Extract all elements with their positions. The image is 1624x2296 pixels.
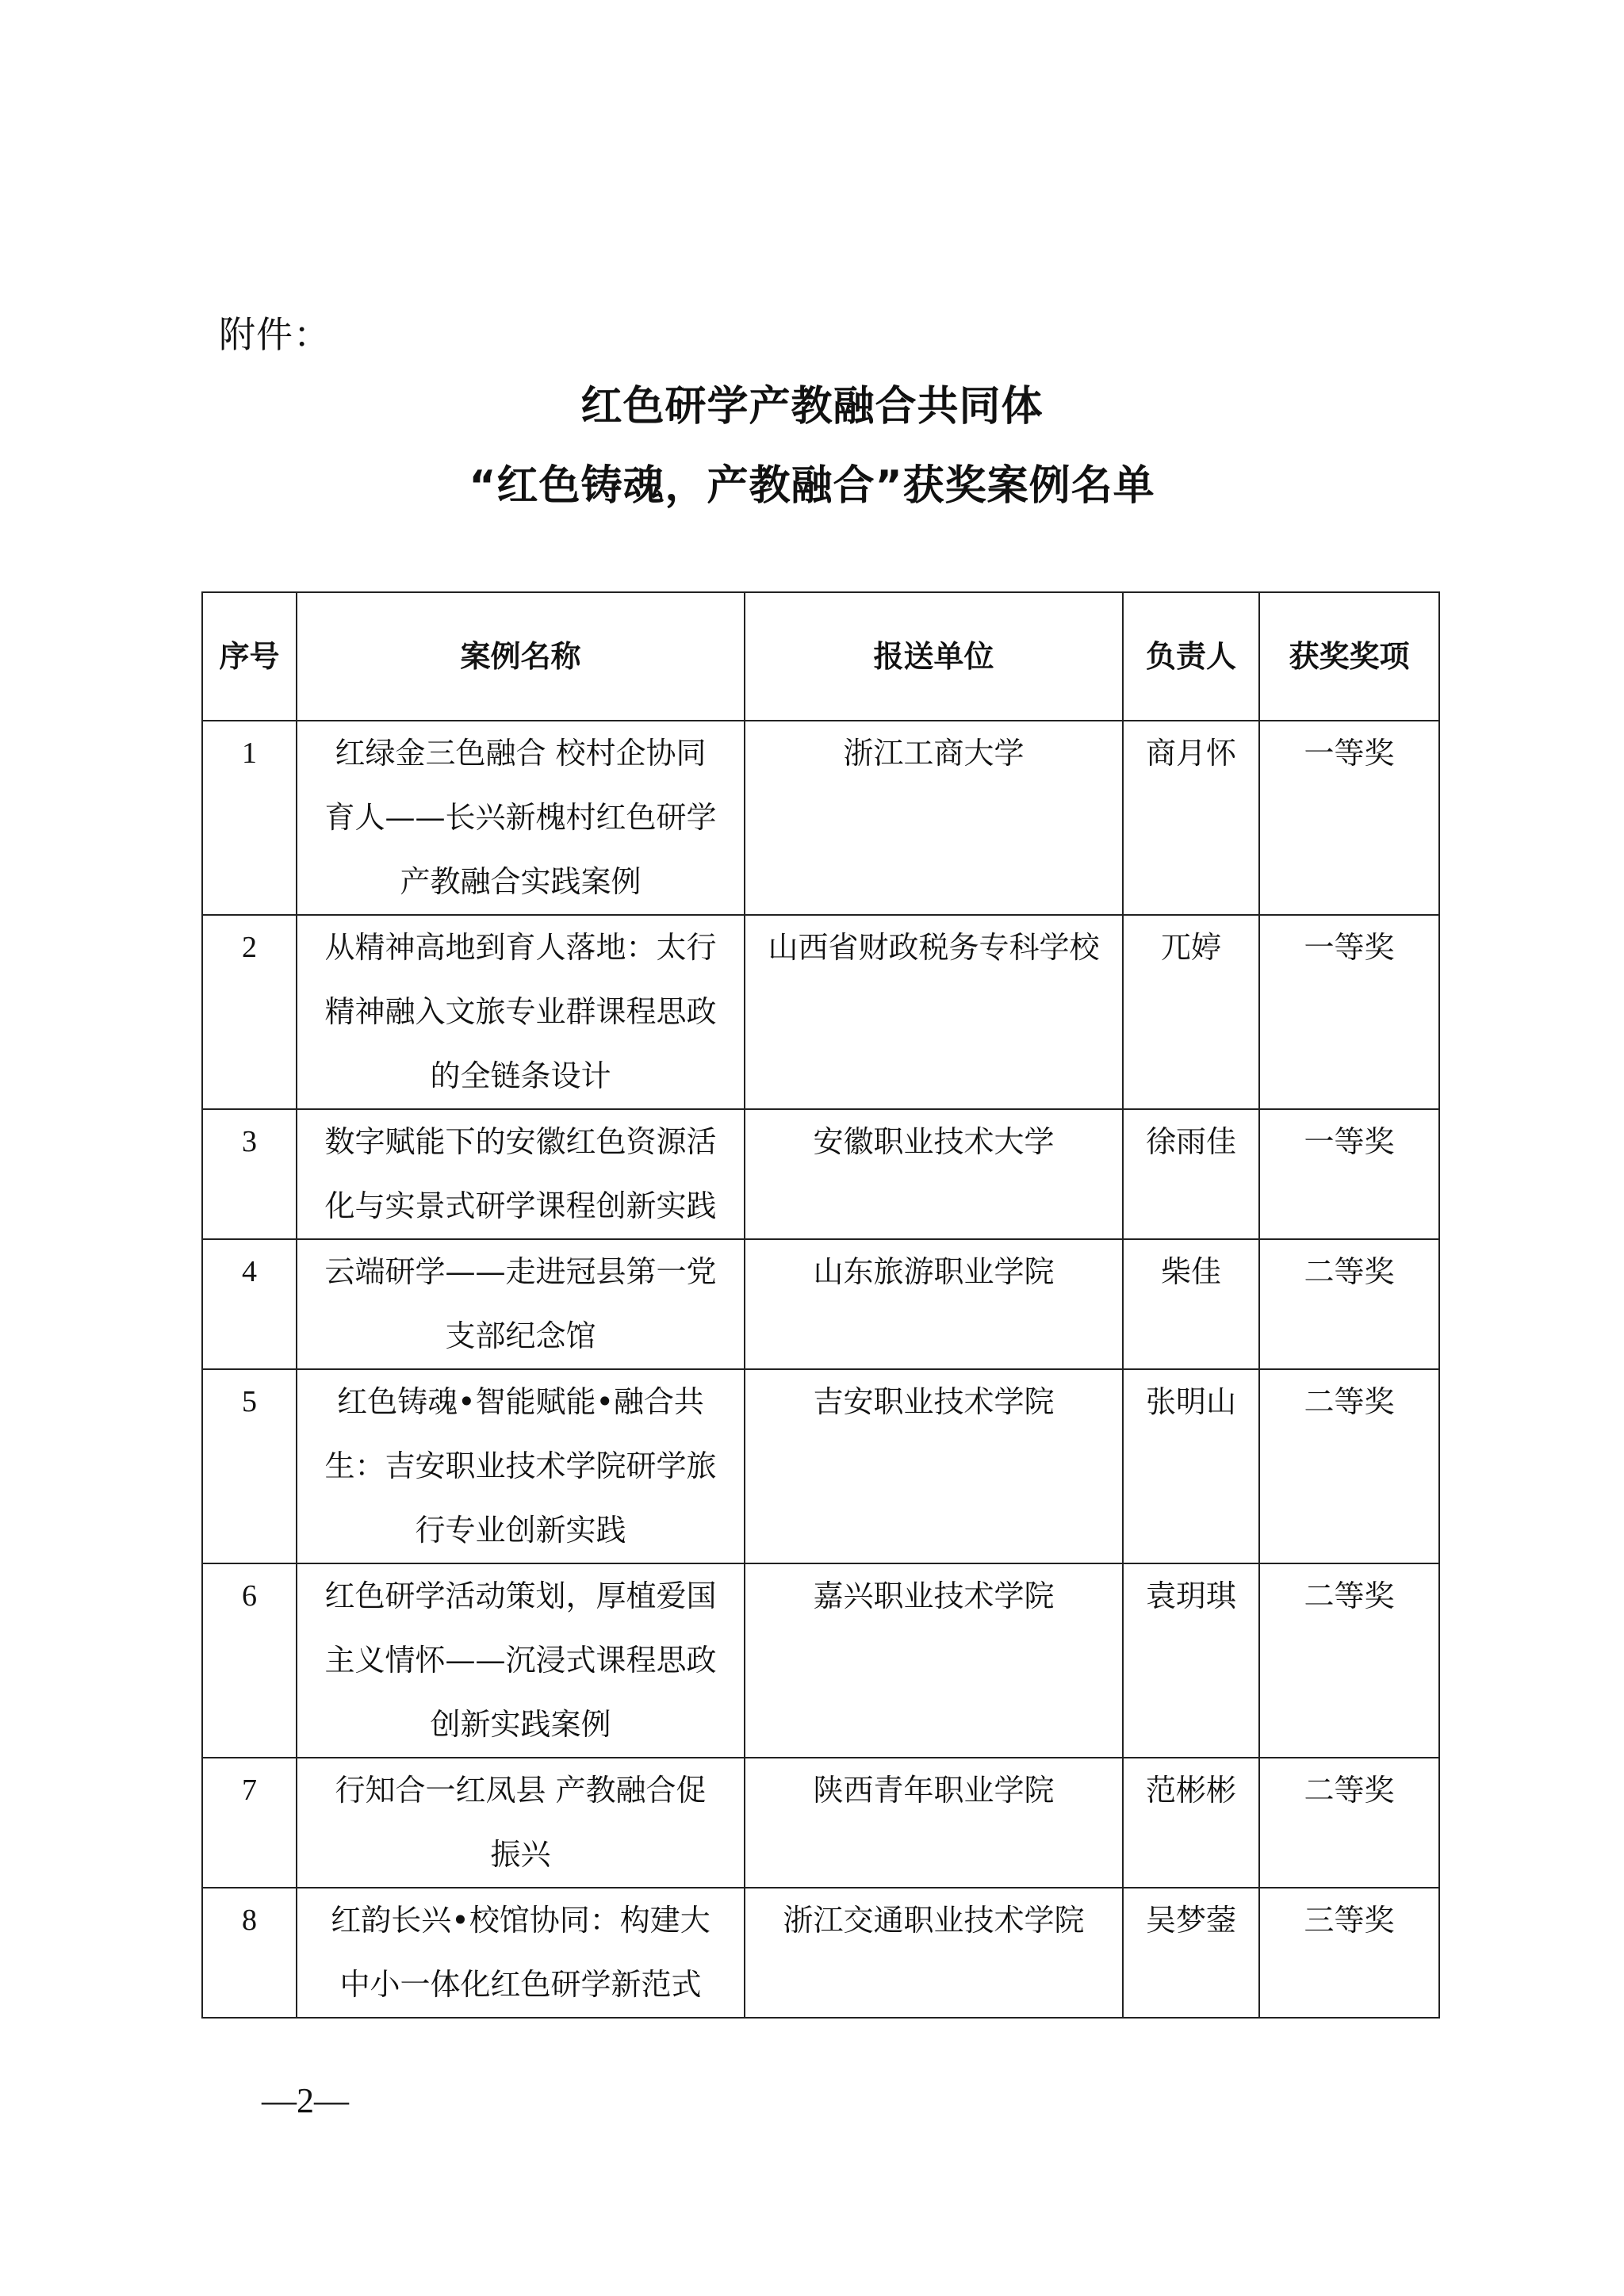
cell-unit: 陕西青年职业学院 <box>745 1758 1123 1888</box>
cell-case-name: 从精神高地到育人落地：太行精神融入文旅专业群课程思政的全链条设计 <box>297 915 745 1109</box>
cell-leader: 徐雨佳 <box>1123 1109 1259 1239</box>
cell-unit: 安徽职业技术大学 <box>745 1109 1123 1239</box>
cell-award: 二等奖 <box>1259 1369 1439 1563</box>
case-name-line: 从精神高地到育人落地：太行 <box>297 916 744 980</box>
table-header-row: 序号 案例名称 报送单位 负责人 获奖奖项 <box>202 592 1439 721</box>
cell-unit: 浙江工商大学 <box>745 721 1123 915</box>
table-row: 3数字赋能下的安徽红色资源活化与实景式研学课程创新实践安徽职业技术大学徐雨佳一等… <box>202 1109 1439 1239</box>
case-name-line: 红色铸魂•智能赋能•融合共 <box>297 1370 744 1434</box>
case-name-line: 行专业创新实践 <box>297 1498 744 1563</box>
cell-unit: 吉安职业技术学院 <box>745 1369 1123 1563</box>
awards-table: 序号 案例名称 报送单位 负责人 获奖奖项 1红绿金三色融合 校村企协同育人——… <box>201 591 1440 2019</box>
case-name-line: 红韵长兴•校馆协同：构建大 <box>297 1888 744 1953</box>
case-name-line: 振兴 <box>297 1823 744 1887</box>
cell-number: 3 <box>202 1109 297 1239</box>
cell-unit: 山西省财政税务专科学校 <box>745 915 1123 1109</box>
case-name-line: 产教融合实践案例 <box>297 850 744 914</box>
column-header-case-name: 案例名称 <box>297 592 745 721</box>
cell-leader: 吴梦蓥 <box>1123 1888 1259 2018</box>
column-header-leader: 负责人 <box>1123 592 1259 721</box>
cell-number: 2 <box>202 915 297 1109</box>
cell-case-name: 红绿金三色融合 校村企协同育人——长兴新槐村红色研学产教融合实践案例 <box>297 721 745 915</box>
column-header-award: 获奖奖项 <box>1259 592 1439 721</box>
cell-unit: 浙江交通职业技术学院 <box>745 1888 1123 2018</box>
table-row: 5红色铸魂•智能赋能•融合共生：吉安职业技术学院研学旅行专业创新实践吉安职业技术… <box>202 1369 1439 1563</box>
cell-award: 一等奖 <box>1259 915 1439 1109</box>
cell-unit: 嘉兴职业技术学院 <box>745 1563 1123 1758</box>
cell-unit: 山东旅游职业学院 <box>745 1239 1123 1369</box>
table-row: 6红色研学活动策划，厚植爱国主义情怀——沉浸式课程思政创新实践案例嘉兴职业技术学… <box>202 1563 1439 1758</box>
case-name-line: 创新实践案例 <box>297 1693 744 1757</box>
case-name-line: 精神融入文旅专业群课程思政 <box>297 980 744 1044</box>
case-name-line: 行知合一红凤县 产教融合促 <box>297 1758 744 1823</box>
case-name-line: 红色研学活动策划，厚植爱国 <box>297 1564 744 1628</box>
cell-case-name: 红韵长兴•校馆协同：构建大中小一体化红色研学新范式 <box>297 1888 745 2018</box>
cell-number: 7 <box>202 1758 297 1888</box>
cell-leader: 张明山 <box>1123 1369 1259 1563</box>
case-name-line: 生：吉安职业技术学院研学旅 <box>297 1434 744 1498</box>
cell-leader: 兀婷 <box>1123 915 1259 1109</box>
case-name-line: 数字赋能下的安徽红色资源活 <box>297 1110 744 1174</box>
table-row: 4云端研学——走进冠县第一党支部纪念馆山东旅游职业学院柴佳二等奖 <box>202 1239 1439 1369</box>
case-name-line: 化与实景式研学课程创新实践 <box>297 1174 744 1238</box>
cell-leader: 范彬彬 <box>1123 1758 1259 1888</box>
cell-number: 4 <box>202 1239 297 1369</box>
cell-award: 三等奖 <box>1259 1888 1439 2018</box>
table-row: 7行知合一红凤县 产教融合促振兴陕西青年职业学院范彬彬二等奖 <box>202 1758 1439 1888</box>
cell-case-name: 红色研学活动策划，厚植爱国主义情怀——沉浸式课程思政创新实践案例 <box>297 1563 745 1758</box>
case-name-line: 支部纪念馆 <box>297 1304 744 1368</box>
case-name-line: 中小一体化红色研学新范式 <box>297 1953 744 2017</box>
case-name-line: 红绿金三色融合 校村企协同 <box>297 721 744 786</box>
cell-number: 8 <box>202 1888 297 2018</box>
document-title: 红色研学产教融合共同体 <box>0 379 1624 434</box>
case-name-line: 的全链条设计 <box>297 1044 744 1108</box>
cell-leader: 袁玥琪 <box>1123 1563 1259 1758</box>
cell-case-name: 行知合一红凤县 产教融合促振兴 <box>297 1758 745 1888</box>
cell-award: 一等奖 <box>1259 1109 1439 1239</box>
cell-case-name: 云端研学——走进冠县第一党支部纪念馆 <box>297 1239 745 1369</box>
cell-award: 二等奖 <box>1259 1563 1439 1758</box>
cell-number: 1 <box>202 721 297 915</box>
case-name-line: 主义情怀——沉浸式课程思政 <box>297 1628 744 1693</box>
column-header-number: 序号 <box>202 592 297 721</box>
cell-case-name: 红色铸魂•智能赋能•融合共生：吉安职业技术学院研学旅行专业创新实践 <box>297 1369 745 1563</box>
cell-number: 5 <box>202 1369 297 1563</box>
cell-award: 二等奖 <box>1259 1758 1439 1888</box>
document-subtitle: “红色铸魂，产教融合”获奖案例名单 <box>0 458 1624 514</box>
cell-award: 二等奖 <box>1259 1239 1439 1369</box>
cell-award: 一等奖 <box>1259 721 1439 915</box>
cell-leader: 柴佳 <box>1123 1239 1259 1369</box>
cell-leader: 商月怀 <box>1123 721 1259 915</box>
case-name-line: 云端研学——走进冠县第一党 <box>297 1240 744 1304</box>
page-number: —2— <box>262 2077 349 2125</box>
table-row: 2从精神高地到育人落地：太行精神融入文旅专业群课程思政的全链条设计山西省财政税务… <box>202 915 1439 1109</box>
attachment-label: 附件： <box>219 311 331 358</box>
case-name-line: 育人——长兴新槐村红色研学 <box>297 786 744 850</box>
cell-number: 6 <box>202 1563 297 1758</box>
table-row: 1红绿金三色融合 校村企协同育人——长兴新槐村红色研学产教融合实践案例浙江工商大… <box>202 721 1439 915</box>
column-header-unit: 报送单位 <box>745 592 1123 721</box>
table-row: 8红韵长兴•校馆协同：构建大中小一体化红色研学新范式浙江交通职业技术学院吴梦蓥三… <box>202 1888 1439 2018</box>
cell-case-name: 数字赋能下的安徽红色资源活化与实景式研学课程创新实践 <box>297 1109 745 1239</box>
